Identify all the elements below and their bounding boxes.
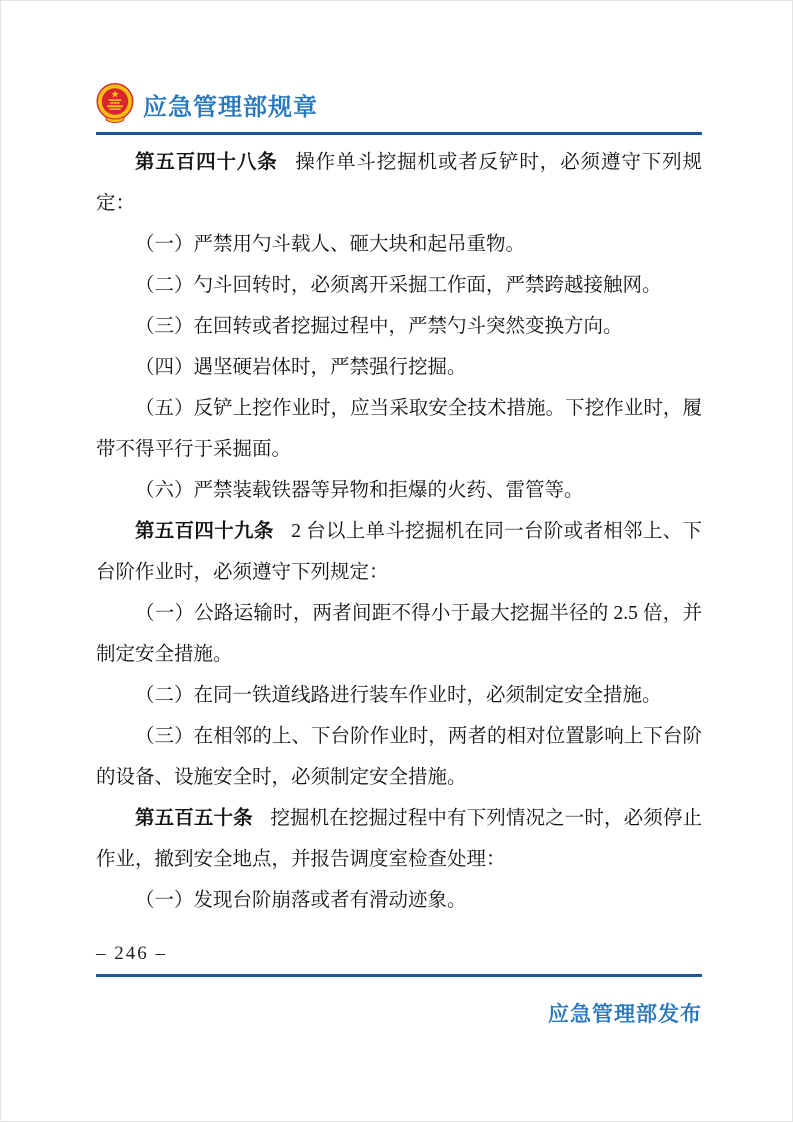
- paragraph: （二）在同一铁道线路进行装车作业时，必须制定安全措施。: [96, 675, 702, 716]
- paragraph: （一）严禁用勺斗载人、砸大块和起吊重物。: [96, 224, 702, 265]
- publisher-label: 应急管理部发布: [96, 998, 702, 1028]
- header-rule: [96, 132, 702, 135]
- page-header: 应急管理部规章: [96, 83, 702, 135]
- paragraph: （一）发现台阶崩落或者有滑动迹象。: [96, 880, 702, 921]
- page-number: – 246 –: [96, 943, 702, 965]
- paragraph-text: （四）遇坚硬岩体时，严禁强行挖掘。: [135, 357, 467, 378]
- paragraph-text: （五）反铲上挖作业时，应当采取安全技术措施。下挖作业时，履带不得平行于采掘面。: [96, 398, 702, 460]
- paragraph: （四）遇坚硬岩体时，严禁强行挖掘。: [96, 347, 702, 388]
- paragraph: （五）反铲上挖作业时，应当采取安全技术措施。下挖作业时，履带不得平行于采掘面。: [96, 388, 702, 470]
- page-title: 应急管理部规章: [143, 87, 318, 122]
- page-footer: – 246 – 应急管理部发布: [96, 943, 702, 1028]
- paragraph: （一）公路运输时，两者间距不得小于最大挖掘半径的 2.5 倍，并制定安全措施。: [96, 593, 702, 675]
- national-emblem-icon: [96, 83, 134, 125]
- paragraph-text: （一）严禁用勺斗载人、砸大块和起吊重物。: [135, 234, 525, 255]
- paragraph: 第五百四十八条操作单斗挖掘机或者反铲时，必须遵守下列规定：: [96, 142, 702, 224]
- paragraph-text: （一）发现台阶崩落或者有滑动迹象。: [135, 890, 467, 911]
- article-number: 第五百四十八条: [135, 151, 278, 173]
- document-page: 应急管理部规章 第五百四十八条操作单斗挖掘机或者反铲时，必须遵守下列规定： （一…: [0, 0, 793, 1122]
- paragraph: 第五百五十条挖掘机在挖掘过程中有下列情况之一时，必须停止作业，撤到安全地点，并报…: [96, 798, 702, 880]
- paragraph-text: （六）严禁装载铁器等异物和拒爆的火药、雷管等。: [135, 480, 584, 501]
- paragraph: 第五百四十九条2 台以上单斗挖掘机在同一台阶或者相邻上、下台阶作业时，必须遵守下…: [96, 511, 702, 593]
- paragraph-text: （二）在同一铁道线路进行装车作业时，必须制定安全措施。: [135, 685, 662, 706]
- paragraph: （三）在回转或者挖掘过程中，严禁勺斗突然变换方向。: [96, 306, 702, 347]
- paragraph-text: （三）在回转或者挖掘过程中，严禁勺斗突然变换方向。: [135, 316, 623, 337]
- paragraph: （三）在相邻的上、下台阶作业时，两者的相对位置影响上下台阶的设备、设施安全时，必…: [96, 716, 702, 798]
- document-body: 第五百四十八条操作单斗挖掘机或者反铲时，必须遵守下列规定： （一）严禁用勺斗载人…: [96, 142, 702, 921]
- footer-rule: [96, 974, 702, 977]
- paragraph: （六）严禁装载铁器等异物和拒爆的火药、雷管等。: [96, 470, 702, 511]
- article-number: 第五百四十九条: [135, 520, 274, 542]
- paragraph-text: （三）在相邻的上、下台阶作业时，两者的相对位置影响上下台阶的设备、设施安全时，必…: [96, 726, 702, 788]
- paragraph-text: （二）勺斗回转时，必须离开采掘工作面，严禁跨越接触网。: [135, 275, 662, 296]
- paragraph: （二）勺斗回转时，必须离开采掘工作面，严禁跨越接触网。: [96, 265, 702, 306]
- article-number: 第五百五十条: [135, 807, 253, 829]
- paragraph-text: （一）公路运输时，两者间距不得小于最大挖掘半径的 2.5 倍，并制定安全措施。: [96, 603, 702, 665]
